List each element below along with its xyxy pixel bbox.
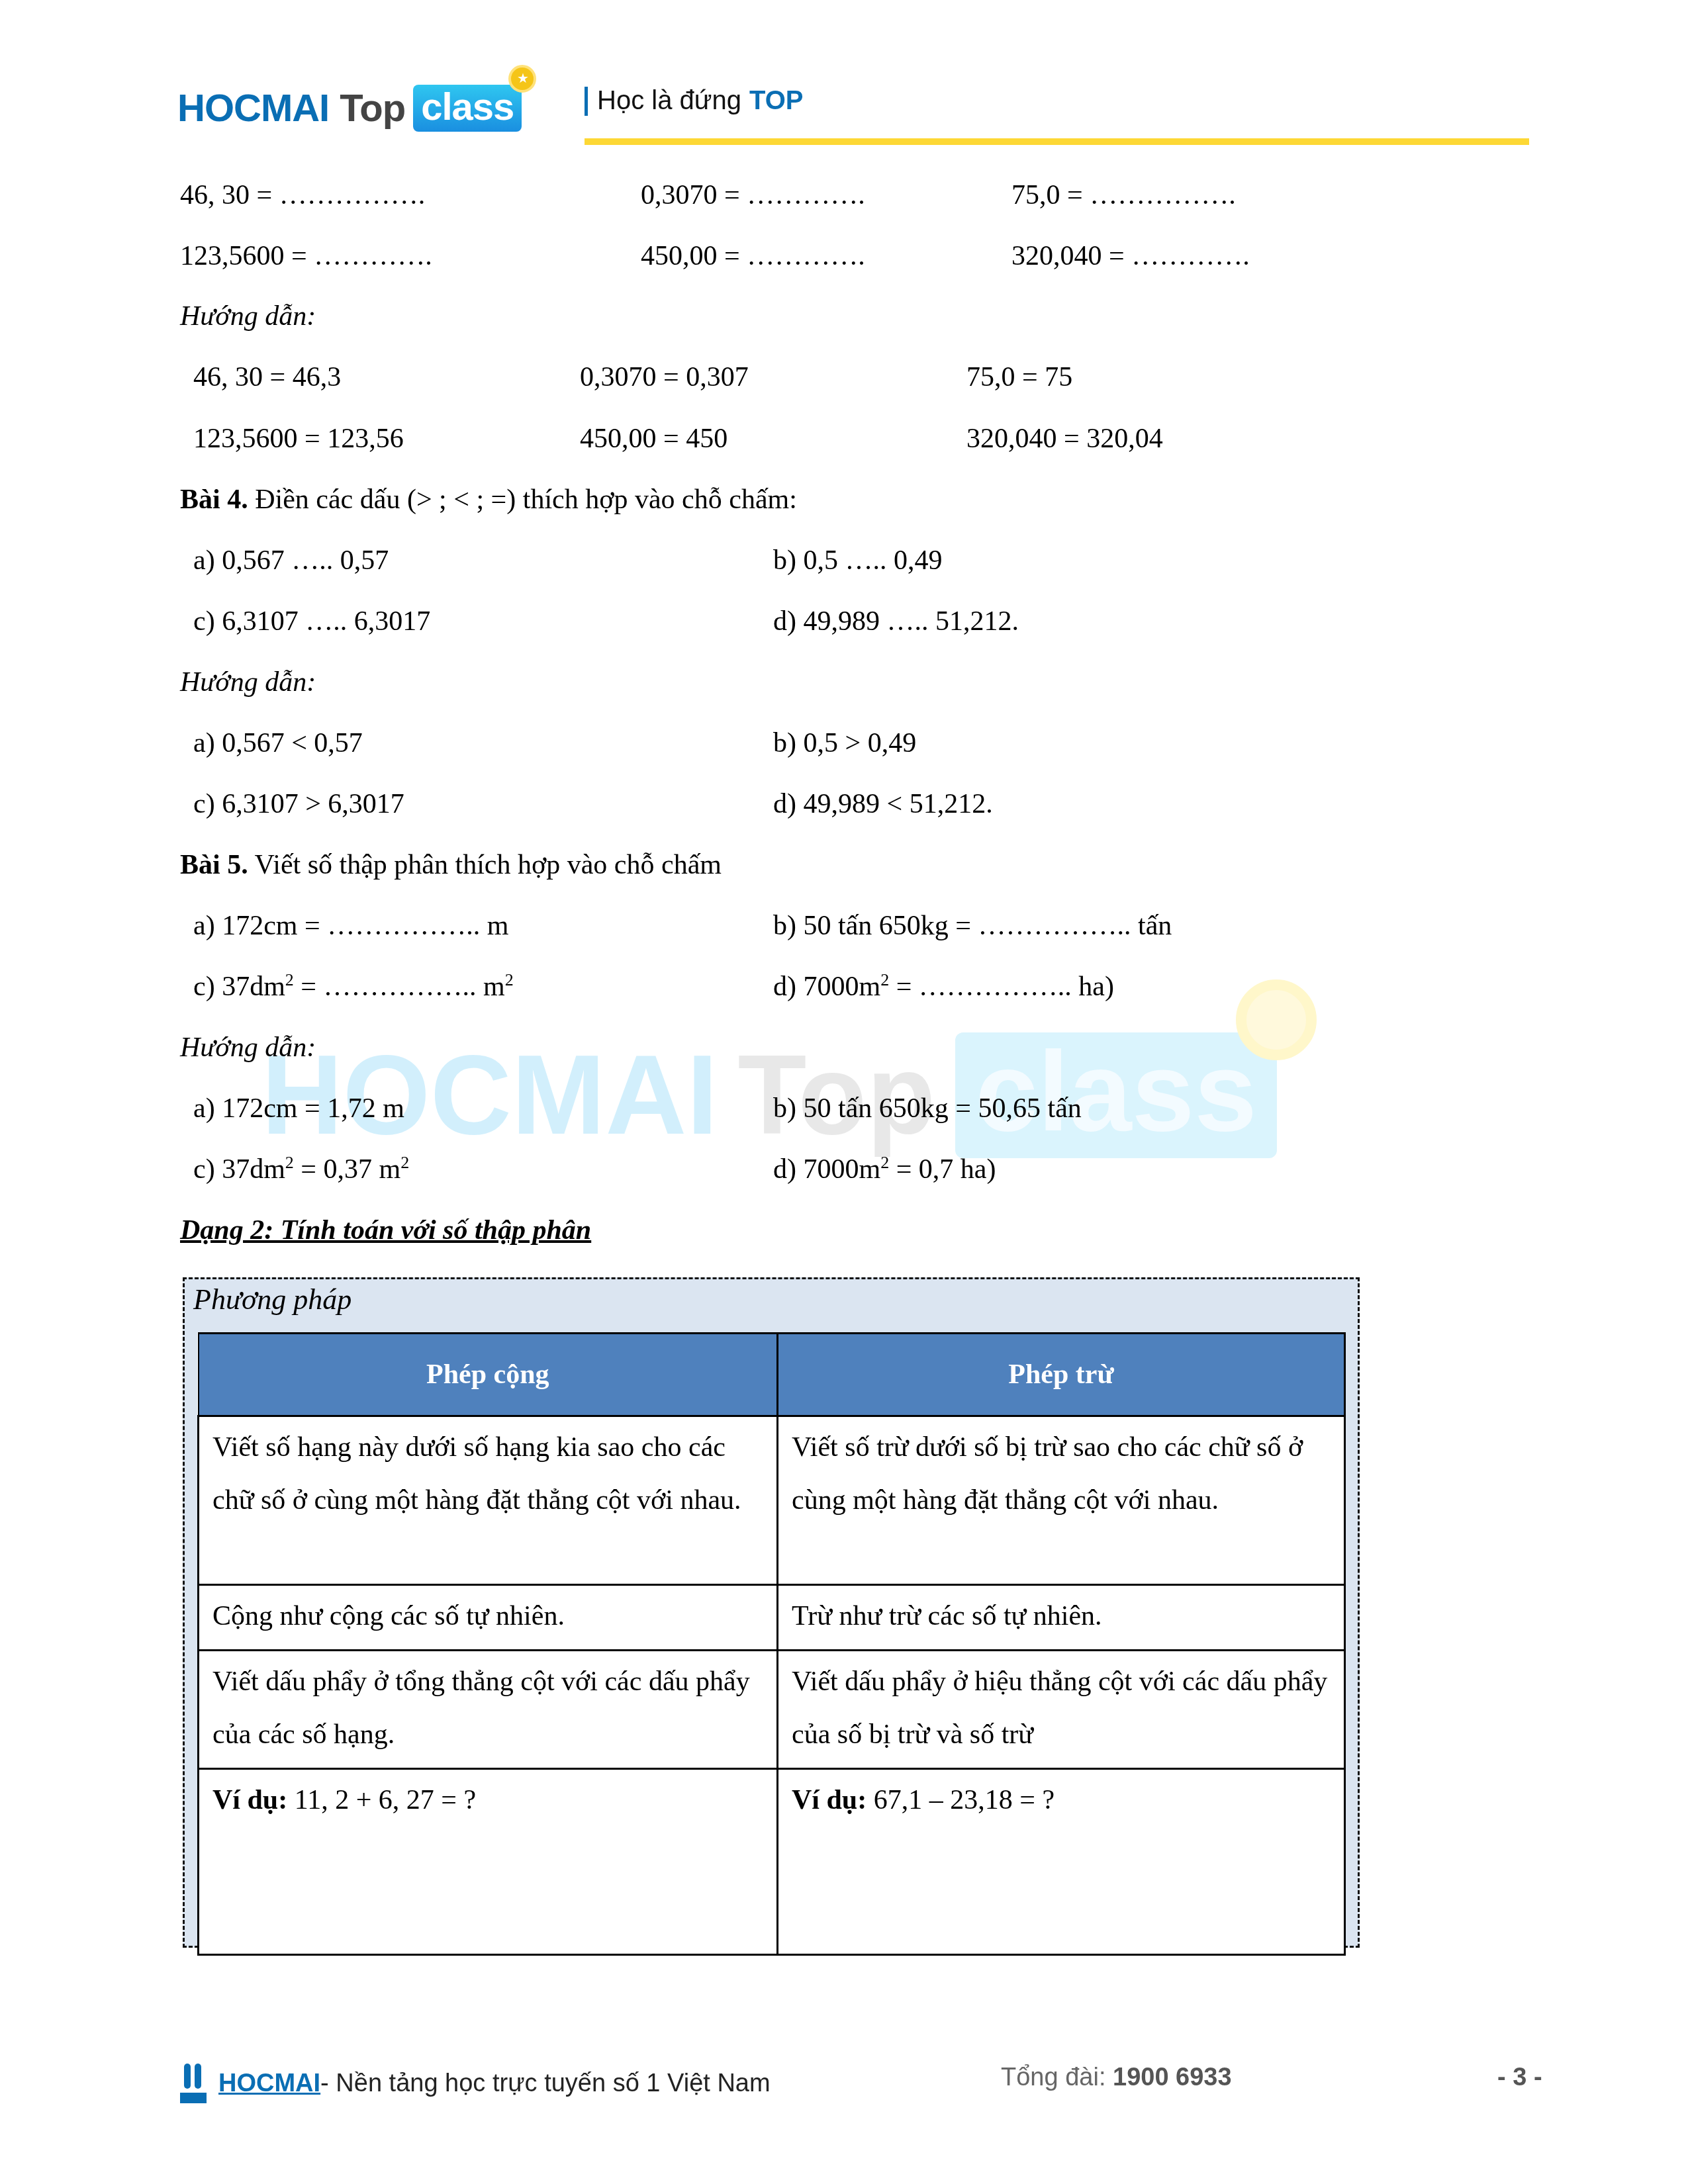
logo-class: class★ <box>413 85 522 132</box>
bai4-q-a: a) 0,567 ….. 0,57 <box>193 544 389 577</box>
bai5-q-d-pre: d) 7000m <box>773 972 880 1002</box>
subtraction-step-2: Trừ như trừ các số tự nhiên. <box>778 1585 1345 1651</box>
superscript: 2 <box>285 970 294 989</box>
hocmai-topclass-logo: HOCMAI Top class★ <box>177 78 522 138</box>
bai3-a-1-1: 46, 30 = 46,3 <box>193 361 341 394</box>
logo-top: Top <box>340 86 405 130</box>
table-row-example: Ví dụ: 11, 2 + 6, 27 = ? Ví dụ: 67,1 – 2… <box>199 1769 1345 1955</box>
bai4-guide-label: Hướng dẫn: <box>180 666 316 699</box>
bai3-a-2-3: 320,040 = 320,04 <box>966 422 1163 455</box>
table-row: Viết dấu phẩy ở tổng thẳng cột với các d… <box>199 1651 1345 1769</box>
bai3-a-1-3: 75,0 = 75 <box>966 361 1072 394</box>
bai3-q-1-2: 0,3070 = …………. <box>641 179 865 212</box>
addition-example: Ví dụ: 11, 2 + 6, 27 = ? <box>199 1769 778 1955</box>
subtraction-step-1: Viết số trừ dưới số bị trừ sao cho các c… <box>778 1416 1345 1585</box>
tagline-divider <box>585 87 588 116</box>
bai5-title-text: Viết số thập phân thích hợp vào chỗ chấm <box>248 850 722 880</box>
bai4-a-c: c) 6,3107 > 6,3017 <box>193 788 404 821</box>
footer-brand-link[interactable]: HOCMAI <box>218 2070 320 2098</box>
bai4-q-b: b) 0,5 ….. 0,49 <box>773 544 943 577</box>
tagline-prefix: Học là đứng <box>597 86 741 116</box>
subtraction-example-expr: 67,1 – 23,18 = ? <box>874 1785 1055 1815</box>
header-addition: Phép cộng <box>199 1334 778 1416</box>
bai3-q-2-2: 450,00 = …………. <box>641 240 865 273</box>
bai4-title-number: Bài 4. <box>180 484 248 515</box>
bai5-a-c-mid: = 0,37 m <box>294 1154 400 1185</box>
footer-hotline: Tổng đài: 1900 6933 <box>1001 2064 1232 2092</box>
bai4-q-d: d) 49,989 ….. 51,212. <box>773 605 1019 638</box>
bai4-a-d: d) 49,989 < 51,212. <box>773 788 993 821</box>
hocmai-people-icon <box>180 2064 207 2103</box>
bai3-a-1-2: 0,3070 = 0,307 <box>580 361 749 394</box>
method-box-title: Phương pháp <box>193 1283 352 1316</box>
bai3-a-2-2: 450,00 = 450 <box>580 422 727 455</box>
bai4-a-b: b) 0,5 > 0,49 <box>773 727 916 760</box>
addition-step-1: Viết số hạng này dưới số hạng kia sao ch… <box>199 1416 778 1585</box>
bai3-q-2-3: 320,040 = …………. <box>1011 240 1250 273</box>
example-label: Ví dụ: <box>792 1785 867 1815</box>
bai3-q-1-1: 46, 30 = ……………. <box>180 179 425 212</box>
bai5-q-a: a) 172cm = …………….. m <box>193 909 508 942</box>
method-table: Phép cộng Phép trừ Viết số hạng này dưới… <box>197 1332 1346 1956</box>
bai4-a-a: a) 0,567 < 0,57 <box>193 727 363 760</box>
bai4-title: Bài 4. Điền các dấu (> ; < ; =) thích hợ… <box>180 483 797 516</box>
header-tagline: Học là đứng TOP <box>585 86 804 116</box>
bai3-q-2-1: 123,5600 = …………. <box>180 240 432 273</box>
bai5-a-c-pre: c) 37dm <box>193 1154 285 1185</box>
bai5-q-d-post: = …………….. ha) <box>889 972 1114 1002</box>
addition-step-2: Cộng như cộng các số tự nhiên. <box>199 1585 778 1651</box>
watermark-logo: HOCMAI Top class <box>261 1032 1277 1158</box>
hotline-label: Tổng đài: <box>1001 2064 1113 2091</box>
table-row: Cộng như cộng các số tự nhiên. Trừ như t… <box>199 1585 1345 1651</box>
bai5-a-d-pre: d) 7000m <box>773 1154 880 1185</box>
superscript: 2 <box>505 970 514 989</box>
addition-example-expr: 11, 2 + 6, 27 = ? <box>295 1785 476 1815</box>
bai5-q-d: d) 7000m2 = …………….. ha) <box>773 970 1114 1003</box>
page-number: - 3 - <box>1497 2064 1542 2092</box>
header-divider <box>585 138 1529 145</box>
section-title: Dạng 2: Tính toán với số thập phân <box>180 1214 591 1247</box>
bai5-title-number: Bài 5. <box>180 850 248 880</box>
addition-step-3: Viết dấu phẩy ở tổng thẳng cột với các d… <box>199 1651 778 1769</box>
bai5-q-b: b) 50 tấn 650kg = …………….. tấn <box>773 909 1172 942</box>
logo-class-text: class <box>421 85 514 128</box>
bai5-guide-label: Hướng dẫn: <box>180 1031 316 1064</box>
bai4-title-text: Điền các dấu (> ; < ; =) thích hợp vào c… <box>248 484 797 515</box>
table-header-row: Phép cộng Phép trừ <box>199 1334 1345 1416</box>
superscript: 2 <box>880 1153 889 1172</box>
bai3-q-1-3: 75,0 = ……………. <box>1011 179 1236 212</box>
footer-slogan: - Nền tảng học trực tuyến số 1 Việt Nam <box>320 2070 771 2098</box>
bai5-q-c-pre: c) 37dm <box>193 972 285 1002</box>
tagline-emphasis: TOP <box>749 86 804 116</box>
watermark-badge-icon <box>1236 979 1317 1060</box>
superscript: 2 <box>285 1153 294 1172</box>
bai5-a-d-post: = 0,7 ha) <box>889 1154 996 1185</box>
star-badge-icon: ★ <box>508 65 536 93</box>
bai5-a-c: c) 37dm2 = 0,37 m2 <box>193 1153 409 1186</box>
bai5-a-b: b) 50 tấn 650kg = 50,65 tấn <box>773 1092 1082 1125</box>
bai3-guide-label: Hướng dẫn: <box>180 300 316 333</box>
subtraction-step-3: Viết dấu phẩy ở hiệu thẳng cột với các d… <box>778 1651 1345 1769</box>
bai5-a-a: a) 172cm = 1,72 m <box>193 1092 404 1125</box>
superscript: 2 <box>880 970 889 989</box>
hotline-number: 1900 6933 <box>1113 2064 1232 2091</box>
bai5-a-d: d) 7000m2 = 0,7 ha) <box>773 1153 996 1186</box>
header-subtraction: Phép trừ <box>778 1334 1345 1416</box>
bai3-a-2-1: 123,5600 = 123,56 <box>193 422 404 455</box>
bai5-q-c: c) 37dm2 = …………….. m2 <box>193 970 514 1003</box>
bai5-q-c-mid: = …………….. m <box>294 972 505 1002</box>
superscript: 2 <box>400 1153 409 1172</box>
logo-brand: HOCMAI <box>177 86 329 130</box>
footer-left: HOCMAI - Nền tảng học trực tuyến số 1 Vi… <box>180 2064 771 2103</box>
bai5-title: Bài 5. Viết số thập phân thích hợp vào c… <box>180 848 722 882</box>
bai4-q-c: c) 6,3107 ….. 6,3017 <box>193 605 430 638</box>
table-row: Viết số hạng này dưới số hạng kia sao ch… <box>199 1416 1345 1585</box>
example-label: Ví dụ: <box>212 1785 287 1815</box>
subtraction-example: Ví dụ: 67,1 – 23,18 = ? <box>778 1769 1345 1955</box>
